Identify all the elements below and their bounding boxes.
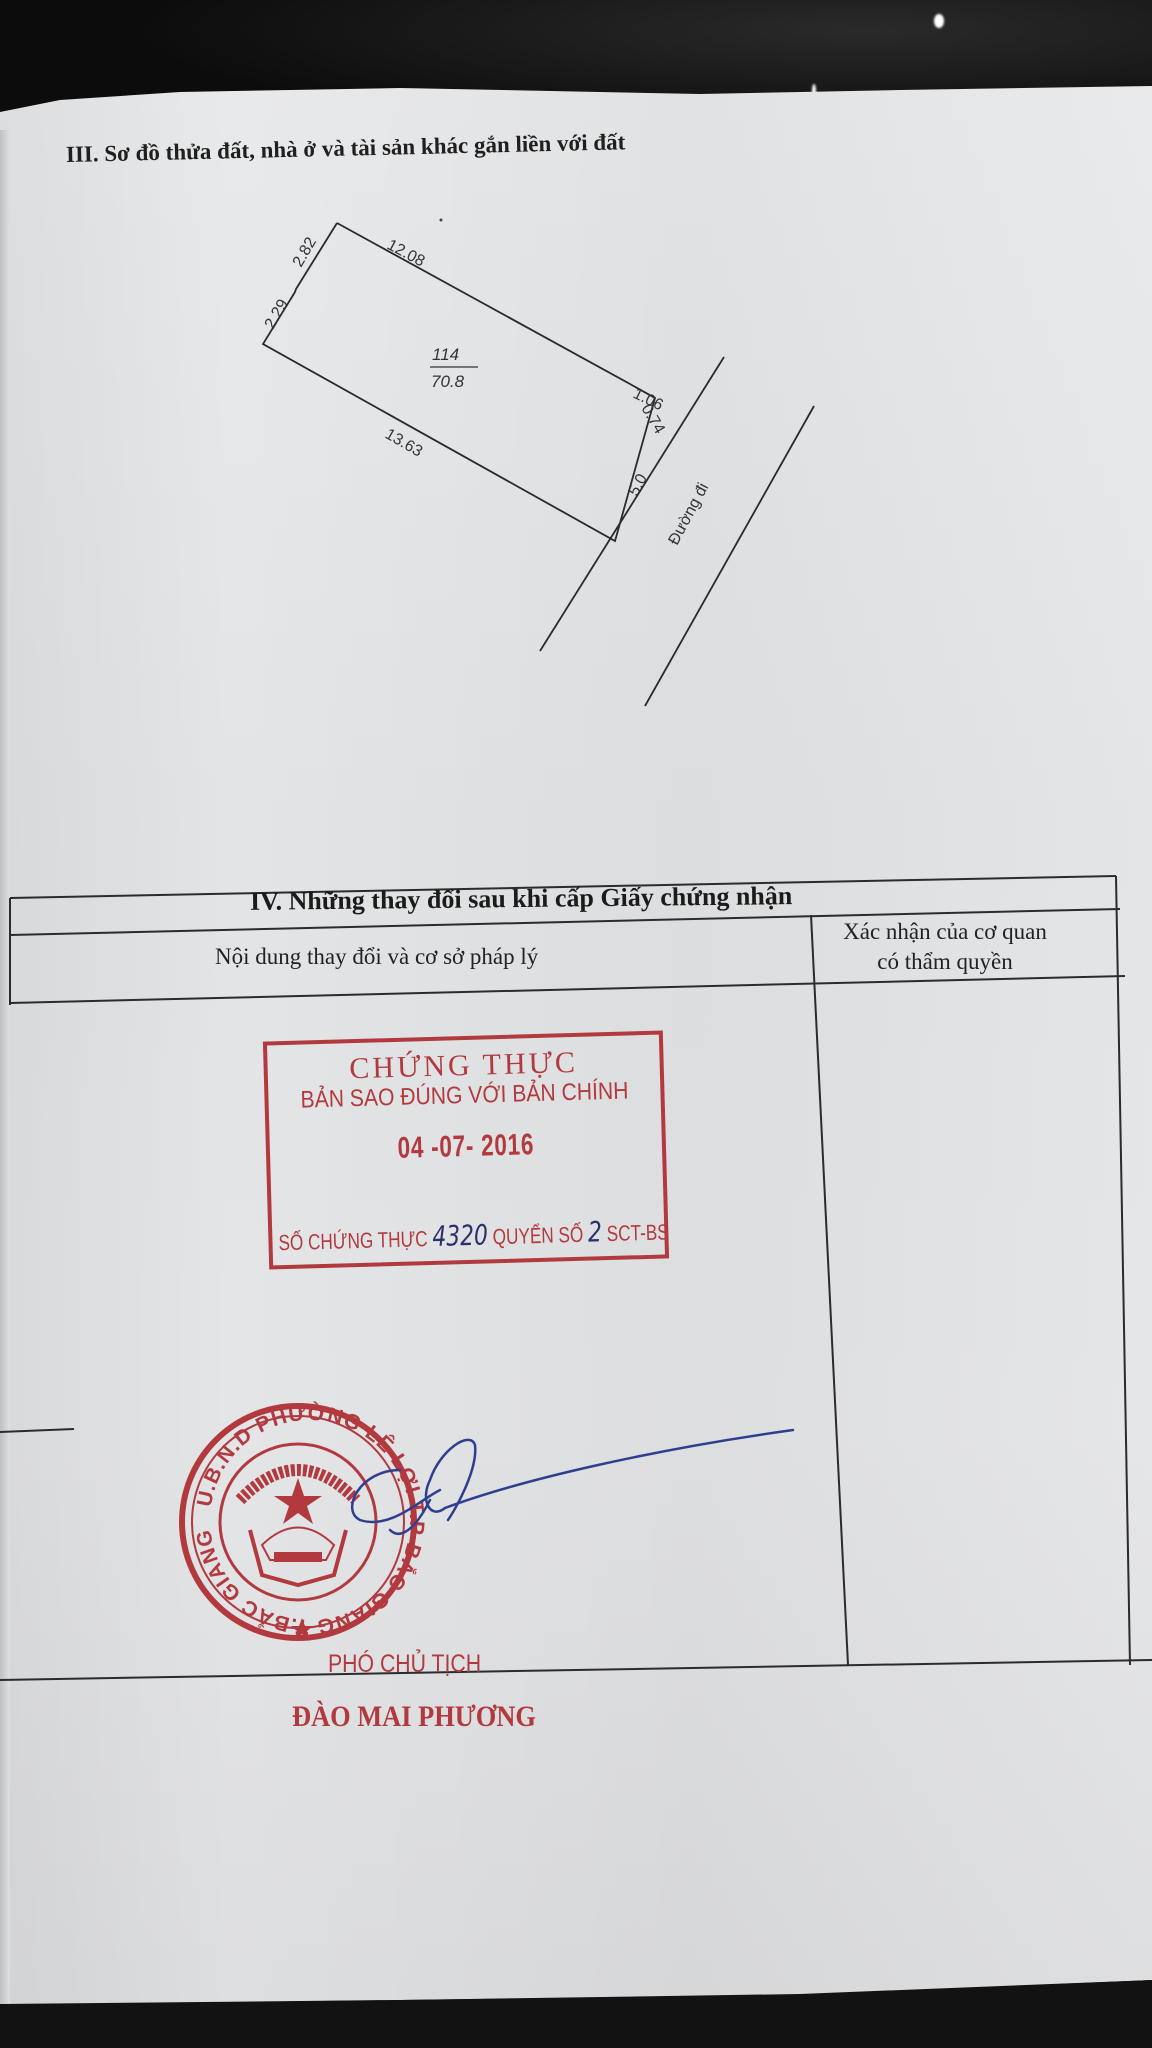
signer-role: PHÓ CHỦ TỊCH: [328, 1650, 481, 1679]
official-seal: U.B.N.D PHƯỜNG LÊ LỢI T.P BẮC GIANG T.BẮ…: [0, 0, 1152, 2048]
national-emblem-icon: [240, 1470, 356, 1585]
signer-name: ĐÀO MAI PHƯƠNG: [292, 1700, 536, 1734]
